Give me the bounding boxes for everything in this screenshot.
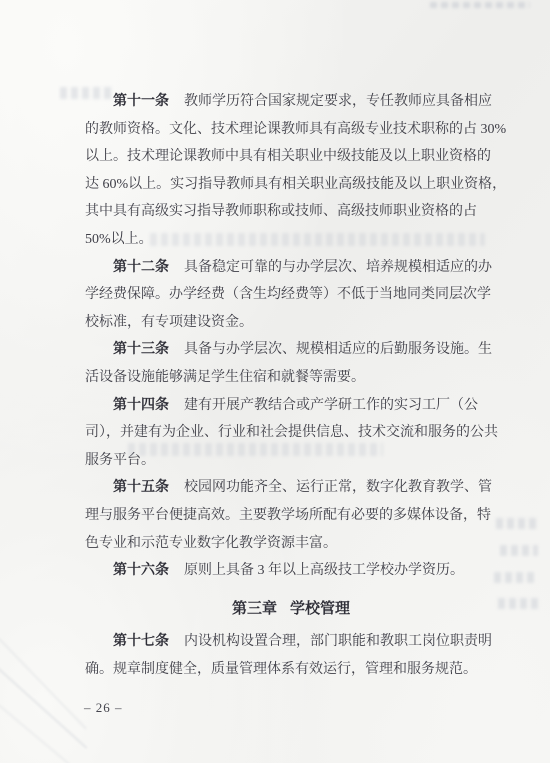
- line-text: 学校管理: [290, 601, 350, 617]
- document-lines: 第十一条教师学历符合国家规定要求，专任教师应具备相应的教师资格。文化、技术理论课…: [85, 88, 497, 683]
- line-text: 服务平台。: [85, 453, 155, 468]
- article-number: 第十六条: [113, 563, 169, 578]
- line-text: 以上。技术理论课教师中具有相关职业中级技能及以上职业资格的: [85, 149, 491, 164]
- text-line: 第十三条具备与办学层次、规模相适应的后勤服务设施。生: [85, 336, 497, 364]
- line-text: 司），并建有为企业、行业和社会提供信息、技术交流和服务的公共: [85, 425, 498, 440]
- line-text: 学经费保障。办学经费（含生均经费等）不低于当地同类同层次学: [85, 287, 491, 302]
- text-line: 第十七条内设机构设置合理，部门职能和教职工岗位职责明: [85, 628, 497, 656]
- text-line: 理与服务平台便捷高效。主要教学场所配有必要的多媒体设备，特: [85, 502, 497, 530]
- text-line: 50%以上。: [85, 226, 497, 254]
- line-text: 活设备设施能够满足学生住宿和就餐等需要。: [85, 370, 365, 385]
- text-line: 其中具有高级实习指导教师职称或技师、高级技师职业资格的占: [85, 198, 497, 226]
- chapter-heading: 第三章学校管理: [85, 596, 497, 624]
- text-line: 色专业和示范专业数字化教学资源丰富。: [85, 530, 497, 558]
- article-number: 第十四条: [113, 398, 169, 413]
- scan-streak: [0, 700, 71, 763]
- line-text: 原则上具备 3 年以上高级技工学校办学资历。: [184, 563, 464, 578]
- scanned-page: 第十一条教师学历符合国家规定要求，专任教师应具备相应的教师资格。文化、技术理论课…: [0, 0, 550, 763]
- line-text: 教师学历符合国家规定要求，专任教师应具备相应: [184, 94, 492, 109]
- scan-streak: [0, 660, 87, 748]
- line-text: 校标准，有专项建设资金。: [85, 315, 253, 330]
- text-line: 服务平台。: [85, 447, 497, 475]
- text-line: 达 60%以上。实习指导教师具有相关职业高级技能及以上职业资格，: [85, 171, 497, 199]
- line-text: 具备与办学层次、规模相适应的后勤服务设施。生: [184, 342, 492, 357]
- line-text: 具备稳定可靠的与办学层次、培养规模相适应的办: [184, 260, 492, 275]
- article-number: 第十二条: [113, 260, 169, 275]
- article-number: 第十三条: [113, 342, 169, 357]
- text-line: 校标准，有专项建设资金。: [85, 309, 497, 337]
- chapter-number: 第三章: [232, 601, 277, 617]
- text-line: 活设备设施能够满足学生住宿和就餐等需要。: [85, 364, 497, 392]
- scan-artifact: [500, 545, 538, 556]
- line-text: 50%以上。: [85, 232, 153, 247]
- text-line: 的教师资格。文化、技术理论课教师具有高级专业技术职称的占 30%: [85, 116, 497, 144]
- line-text: 达 60%以上。实习指导教师具有相关职业高级技能及以上职业资格，: [85, 177, 506, 192]
- text-line: 第十二条具备稳定可靠的与办学层次、培养规模相适应的办: [85, 254, 497, 282]
- scan-artifact: [430, 2, 530, 8]
- line-text: 其中具有高级实习指导教师职称或技师、高级技师职业资格的占: [85, 204, 477, 219]
- text-line: 第十一条教师学历符合国家规定要求，专任教师应具备相应: [85, 88, 497, 116]
- text-line: 学经费保障。办学经费（含生均经费等）不低于当地同类同层次学: [85, 281, 497, 309]
- line-text: 确。规章制度健全，质量管理体系有效运行，管理和服务规范。: [85, 662, 477, 677]
- text-line: 以上。技术理论课教师中具有相关职业中级技能及以上职业资格的: [85, 143, 497, 171]
- line-text: 理与服务平台便捷高效。主要教学场所配有必要的多媒体设备，特: [85, 508, 491, 523]
- text-line: 第十六条原则上具备 3 年以上高级技工学校办学资历。: [85, 557, 497, 585]
- line-text: 色专业和示范专业数字化教学资源丰富。: [85, 536, 337, 551]
- line-text: 建有开展产教结合或产学研工作的实习工厂（公: [184, 398, 478, 413]
- line-text: 内设机构设置合理，部门职能和教职工岗位职责明: [184, 634, 492, 649]
- article-number: 第十一条: [113, 94, 169, 109]
- scan-artifact: [498, 598, 538, 609]
- scan-artifact: [494, 572, 538, 583]
- scan-streak: [0, 620, 87, 729]
- text-line: 司），并建有为企业、行业和社会提供信息、技术交流和服务的公共: [85, 419, 497, 447]
- line-text: 的教师资格。文化、技术理论课教师具有高级专业技术职称的占 30%: [85, 122, 506, 137]
- text-line: 第十四条建有开展产教结合或产学研工作的实习工厂（公: [85, 392, 497, 420]
- scan-artifact: [496, 518, 540, 529]
- text-line: 第十五条校园网功能齐全、运行正常，数字化教育教学、管: [85, 474, 497, 502]
- article-number: 第十五条: [113, 480, 169, 495]
- text-line: 确。规章制度健全，质量管理体系有效运行，管理和服务规范。: [85, 656, 497, 684]
- page-number: – 26 –: [84, 700, 123, 716]
- article-number: 第十七条: [113, 634, 169, 649]
- line-text: 校园网功能齐全、运行正常，数字化教育教学、管: [184, 480, 492, 495]
